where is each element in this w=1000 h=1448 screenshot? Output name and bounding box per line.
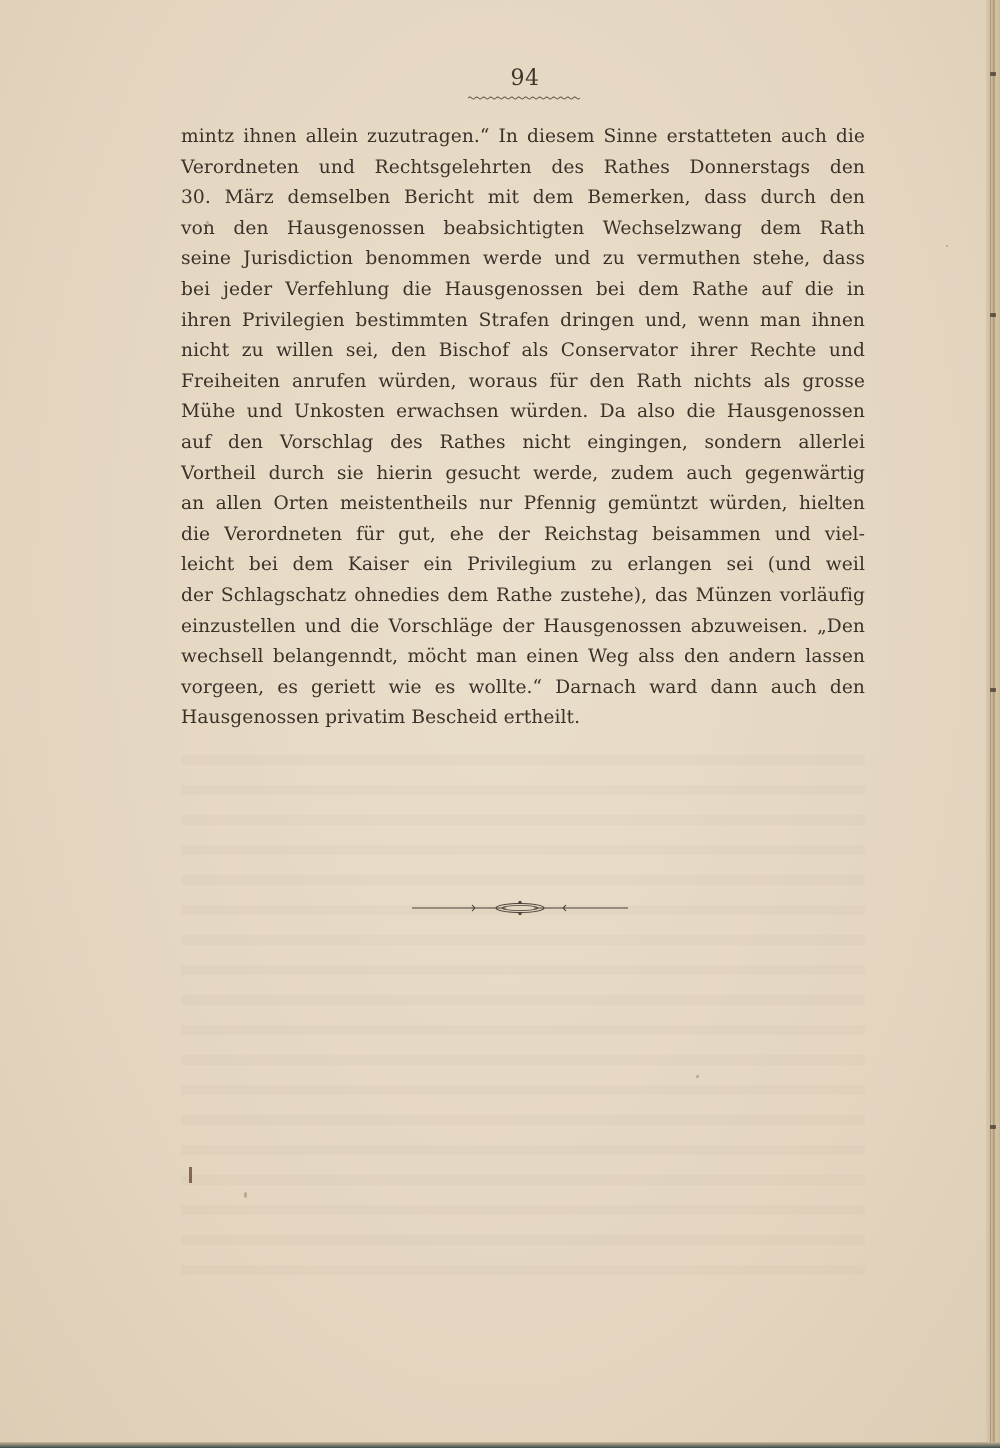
paper-speck: [946, 245, 948, 247]
text-line: Freiheiten anrufen würden, woraus für de…: [181, 367, 865, 398]
book-page: 94 mintz ihnen allein zuzutragen.“ In di…: [0, 0, 1000, 1448]
text-line: an allen Orten meistentheils nur Pfennig…: [181, 489, 865, 520]
paper-speck: [696, 1075, 699, 1078]
paper-speck: [206, 221, 209, 224]
section-end-flourish-icon: [412, 898, 628, 918]
page-number-underline-icon: [468, 96, 580, 100]
text-line: von den Hausgenossen beabsichtigten Wech…: [181, 214, 865, 245]
text-line: die Verordneten für gut, ehe der Reichst…: [181, 520, 865, 551]
paper-speck: [244, 1192, 247, 1198]
text-line: Vortheil durch sie hierin gesucht werde,…: [181, 459, 865, 490]
page-number: 94: [0, 66, 1000, 91]
text-line: ihren Privilegien bestimmten Strafen dri…: [181, 306, 865, 337]
text-line: mintz ihnen allein zuzutragen.“ In diese…: [181, 122, 865, 153]
text-line: Verordneten und Rechtsgelehrten des Rath…: [181, 153, 865, 184]
text-line: wechsell belangenndt, möcht man einen We…: [181, 642, 865, 673]
text-line: Mühe und Unkosten erwachsen würden. Da a…: [181, 397, 865, 428]
text-line: vorgeen, es geriett wie es wollte.“ Darn…: [181, 673, 865, 704]
page-binding-line: [990, 0, 991, 1448]
text-line: nicht zu willen sei, den Bischof als Con…: [181, 336, 865, 367]
page-right-edge: [986, 0, 1000, 1448]
margin-mark: [990, 688, 996, 692]
page-bottom-edge: [0, 1442, 1000, 1448]
margin-mark: [990, 313, 996, 317]
text-line: auf den Vorschlag des Rathes nicht eingi…: [181, 428, 865, 459]
text-line: seine Jurisdiction benommen werde und zu…: [181, 244, 865, 275]
text-line: einzustellen und die Vorschläge der Haus…: [181, 612, 865, 643]
margin-mark: [990, 72, 996, 76]
stray-ink-mark: [189, 1167, 192, 1183]
text-line: der Schlagschatz ohnedies dem Rathe zust…: [181, 581, 865, 612]
text-line: leicht bei dem Kaiser ein Privilegium zu…: [181, 550, 865, 581]
text-line: 30. März demselben Bericht mit dem Bemer…: [181, 183, 865, 214]
text-line: bei jeder Verfehlung die Hausgenossen be…: [181, 275, 865, 306]
margin-mark: [990, 1125, 996, 1129]
text-line-last: Hausgenossen privatim Bescheid ertheilt.: [181, 703, 865, 734]
body-text: mintz ihnen allein zuzutragen.“ In diese…: [181, 122, 865, 734]
bleed-through-text: [181, 735, 865, 1295]
